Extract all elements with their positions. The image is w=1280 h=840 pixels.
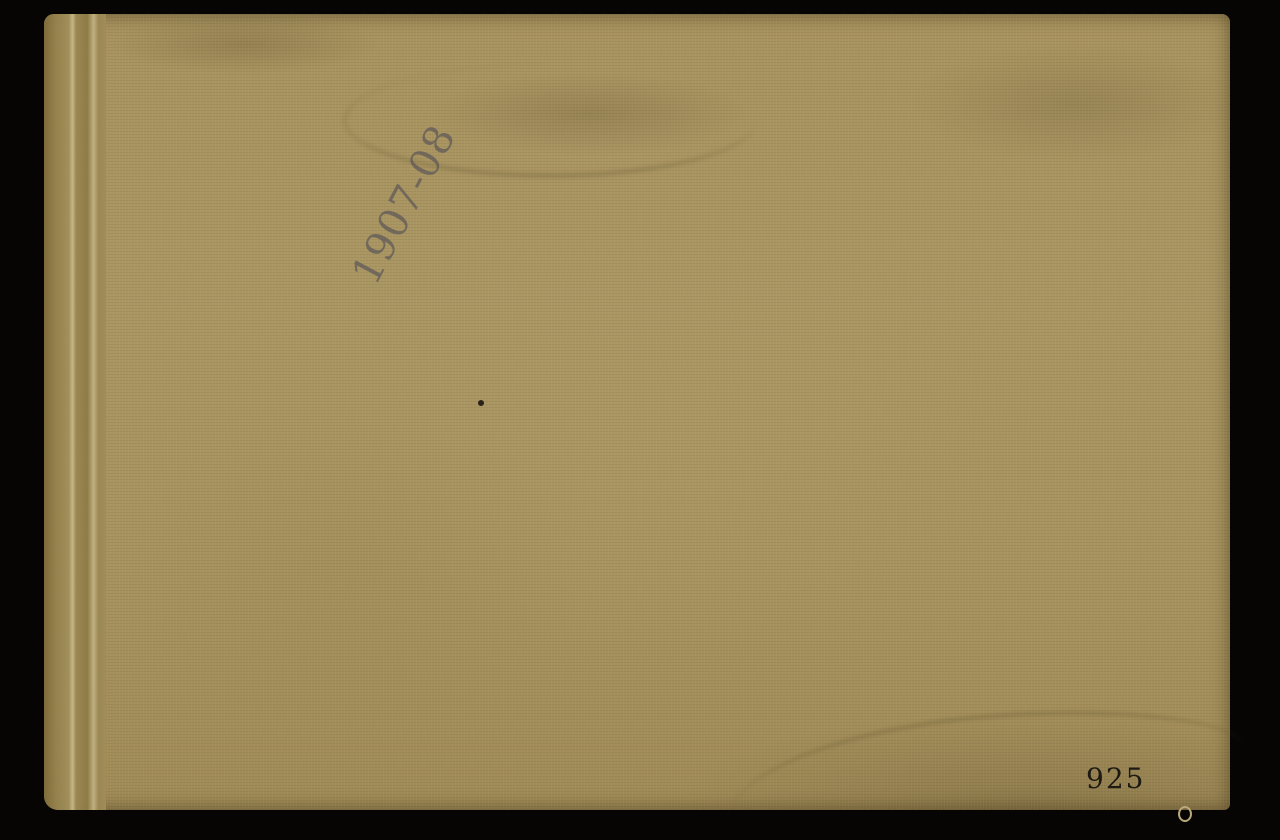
photo-scene: 1907-08 925 <box>0 0 1280 840</box>
water-stain-bottom <box>722 705 1245 826</box>
frayed-thread <box>1178 806 1192 822</box>
book-spine <box>44 14 106 810</box>
ink-dot <box>478 400 484 406</box>
ink-catalog-number: 925 <box>1086 762 1145 795</box>
book-cover: 1907-08 925 <box>44 14 1230 810</box>
